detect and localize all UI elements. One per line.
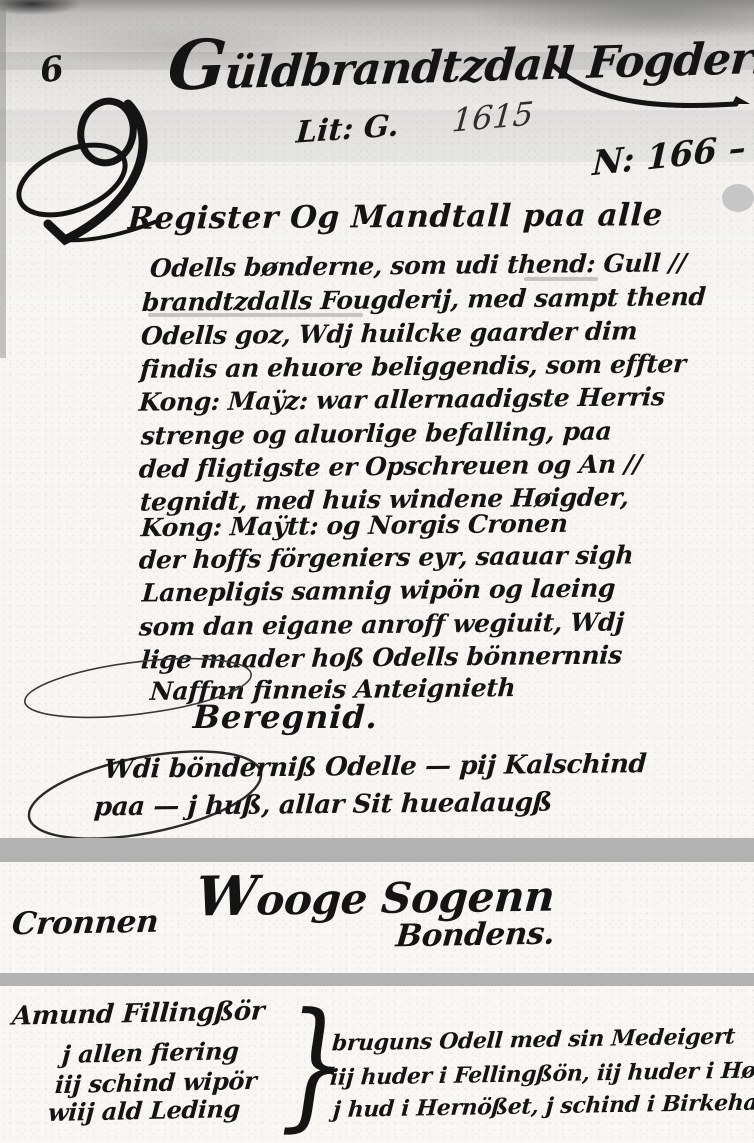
title-tail-flourish-icon [550,62,754,117]
lit-mark: Lit: G. [295,108,400,150]
entry-left-line: j allen fiering [61,1038,239,1068]
entry-right-line: iij huder i Fellingßön, iij huder i Høir [329,1058,754,1090]
register-line: findis an ehuore beliggendis, som effter [139,350,686,383]
column-header-crown: Cronnen [11,905,160,942]
underline-smudge [524,277,598,281]
register-line: brandtzdalls Fougderij, med sampt thend [141,283,706,316]
folio-number: 6 [37,49,66,92]
register-line: ded fligtigste er Opschreuen og An // [138,450,642,483]
entry-right-line: bruguns Odell med sin Medeigert [331,1024,735,1055]
entry-right-line: j hud i Hernößet, j schind i Birkehaug [332,1090,754,1122]
register-line: Odells goz, Wdj huilcke gaarder dim [140,317,638,350]
entry-left-line: Amund Fillingßör [11,997,265,1031]
register-line: strenge og aluorlige befalling, paa [140,418,612,450]
scan-separator-band [0,973,754,986]
scan-left-edge [0,8,6,358]
register-line: der hoffs förgeniers eyr, saauar sigh [138,541,634,574]
entry-left-line: wiij ald Leding [47,1096,241,1126]
scan-separator-band [0,838,754,862]
register-heading: Register Og Mandtall paa alle [127,198,663,236]
column-header-farmer: Bondens. [395,917,556,954]
register-line: Lanepligis samnig wipön og laeing [141,575,616,607]
scan-blob [722,184,754,212]
register-line: Kong: Maÿz: war allernaadigste Herris [138,383,665,416]
register-line: Odells bønderne, som udi thend: Gull // [149,249,687,282]
beregnid-line: Wdi bönderniß Odelle — pij Kalschind [103,750,647,784]
scanned-document-page: 6 Güldbrandtzdall Fogderij Lit: G. 1615 … [0,0,754,1143]
underline-smudge [148,313,363,317]
year-mark: 1615 [450,94,534,140]
beregnid-line: paa — j huß, allar Sit huealaugß [93,789,553,822]
archive-number: N: 166 – [592,128,747,184]
register-line: Kong: Maÿtt: og Norgis Cronen [140,510,568,542]
beregnid-heading: Beregnid. [192,700,379,735]
register-line: som dan eigane anroff wegiuit, Wdj [138,608,624,641]
